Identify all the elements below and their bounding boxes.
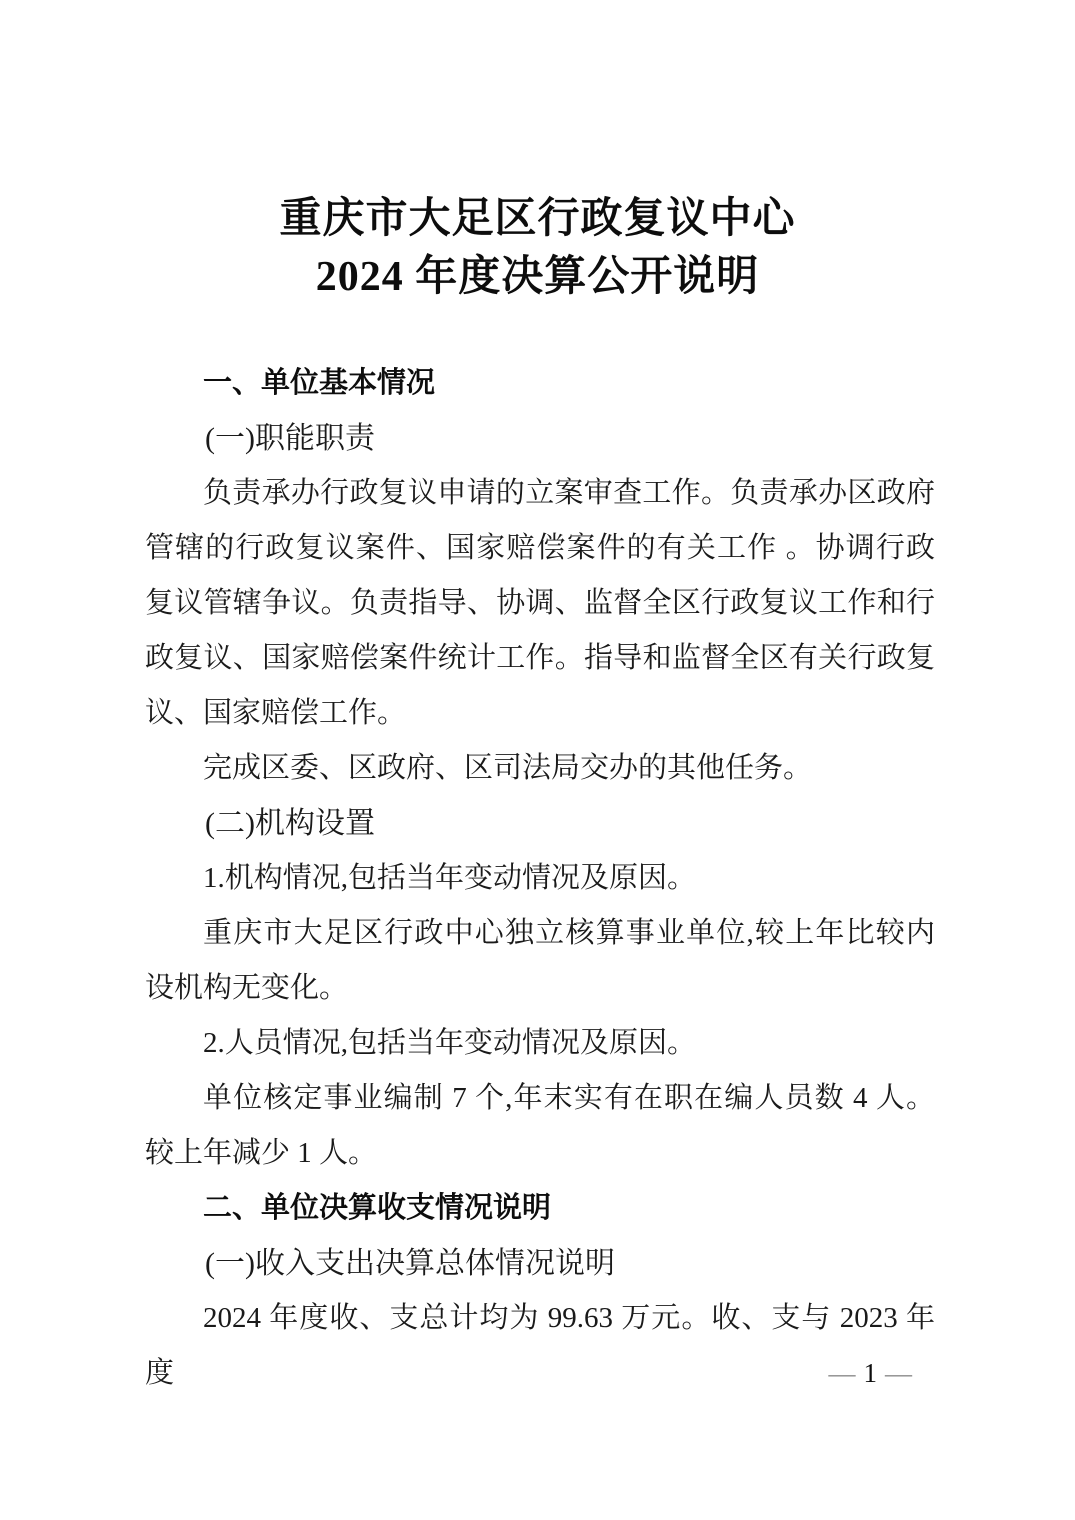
document-body: 一、单位基本情况 (一)职能职责 负责承办行政复议申请的立案审查工作。负责承办区… bbox=[145, 356, 935, 1401]
paragraph-staff-situation-label: 2.人员情况,包括当年变动情况及原因。 bbox=[145, 1016, 935, 1071]
page-number-left-dash: — bbox=[829, 1358, 856, 1388]
document-title-line1: 重庆市大足区行政复议中心 bbox=[0, 190, 1075, 248]
paragraph-duties-main: 负责承办行政复议申请的立案审查工作。负责承办区政府管辖的行政复议案件、国家赔偿案… bbox=[145, 466, 935, 741]
page-number-value: 1 bbox=[864, 1358, 878, 1388]
subsection-heading-income-expense-overview: (一)收入支出决算总体情况说明 bbox=[145, 1236, 935, 1291]
paragraph-org-situation-label: 1.机构情况,包括当年变动情况及原因。 bbox=[145, 851, 935, 906]
document-title: 重庆市大足区行政复议中心 2024 年度决算公开说明 bbox=[0, 0, 1075, 306]
document-page: 重庆市大足区行政复议中心 2024 年度决算公开说明 一、单位基本情况 (一)职… bbox=[0, 0, 1075, 1520]
paragraph-staff-situation-detail: 单位核定事业编制 7 个,年末实有在职在编人员数 4 人。较上年减少 1 人。 bbox=[145, 1071, 935, 1181]
paragraph-budget-totals: 2024 年度收、支总计均为 99.63 万元。收、支与 2023 年度 bbox=[145, 1291, 935, 1401]
section-heading-basic-info: 一、单位基本情况 bbox=[145, 356, 935, 411]
subsection-heading-org-setup: (二)机构设置 bbox=[145, 796, 935, 851]
section-heading-budget-statement: 二、单位决算收支情况说明 bbox=[145, 1181, 935, 1236]
document-title-line2: 2024 年度决算公开说明 bbox=[0, 248, 1075, 306]
page-number-right-dash: — bbox=[885, 1358, 912, 1388]
paragraph-org-situation-detail: 重庆市大足区行政中心独立核算事业单位,较上年比较内设机构无变化。 bbox=[145, 906, 935, 1016]
page-number: —1— bbox=[821, 1356, 921, 1390]
paragraph-duties-other-tasks: 完成区委、区政府、区司法局交办的其他任务。 bbox=[145, 741, 935, 796]
subsection-heading-duties: (一)职能职责 bbox=[145, 411, 935, 466]
